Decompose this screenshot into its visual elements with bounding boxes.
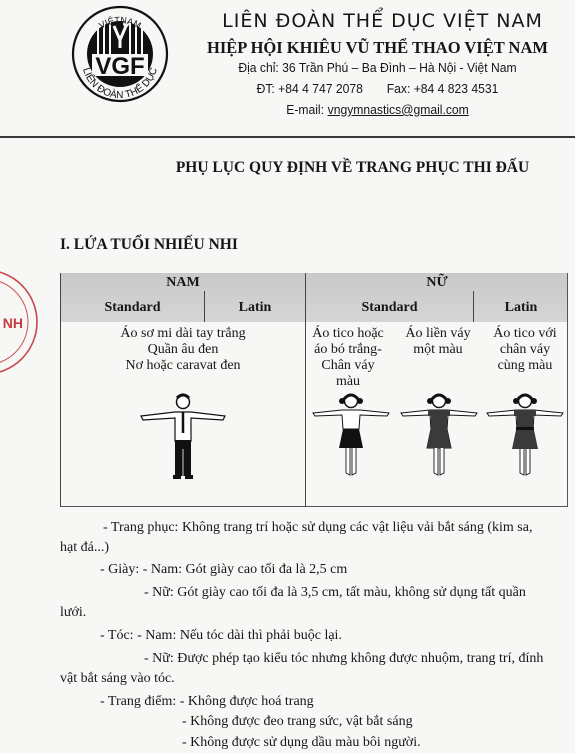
boy-shirt-tie-figure-icon [139,393,227,483]
svg-text:NH: NH [3,315,23,331]
phone: ĐT: +84 4 747 2078 [257,81,363,96]
email-link[interactable]: vngymnastics@gmail.com [328,102,469,117]
email-line: E-mail:vngymnastics@gmail.com [196,102,559,117]
header-nu: NỮ [306,275,568,291]
rule-line: - Trang phục: Không trang trí hoặc sử dụ… [103,520,532,536]
section-title: I. LỨA TUỔI NHIẾU NHI [60,236,238,254]
org-name: LIÊN ĐOÀN THỂ DỤC VIỆT NAM [190,10,575,32]
rule-line: - Không được sử dụng dầu màu bôi người. [182,735,421,751]
costume-table: NAM Standard Latin NỮ Standard Latin Áo … [60,273,568,507]
girl-top-with-matching-skirt-figure-icon [485,391,565,479]
red-seal-stamp-icon: NH [0,262,40,382]
rule-line: lưới. [60,605,86,621]
svg-text:VGF: VGF [95,53,144,80]
vgf-logo-icon: VGF VIỆTNAM LIÊN ĐOÀN THỂ DỤC [70,4,170,104]
nu-dress-description: Áo liền váy một màu [393,326,483,358]
address: Địa chỉ: 36 Trần Phú – Ba Đình – Hà Nội … [196,60,559,75]
header-divider [0,136,575,138]
nam-description: Áo sơ mi dài tay trắng Quần âu đen Nơ ho… [61,326,305,374]
document-title: PHỤ LỤC QUY ĐỊNH VỀ TRANG PHỤC THI ĐẤU [130,159,575,177]
rule-line: - Không được đeo trang sức, vật bắt sáng [182,714,413,730]
rule-line: - Giày: - Nam: Gót giày cao tối đa là 2,… [100,562,347,578]
header-nu-latin: Latin [474,300,568,316]
rule-line: - Nữ: Được phép tạo kiểu tóc nhưng không… [144,651,543,667]
nu-standard-description: Áo tico hoặc áo bó trắng- Chân váy màu [308,326,388,390]
association-name: HIỆP HỘI KHIÊU VŨ THỂ THAO VIỆT NAM [180,38,575,58]
fax: Fax: +84 4 823 4531 [387,81,499,96]
girl-one-piece-dress-figure-icon [399,391,479,479]
nu-latin-description: Áo tico với chân váy cùng màu [481,326,569,374]
email-label: E-mail: [286,102,324,117]
header-nam: NAM [61,275,305,291]
header-nam-latin: Latin [205,300,305,316]
rule-line: vật bắt sáng vào tóc. [60,671,175,687]
rule-line: hạt đá...) [60,540,109,556]
girl-white-top-black-skirt-figure-icon [311,391,391,479]
rule-line: - Nữ: Gót giày cao tối đa là 3,5 cm, tất… [144,585,526,601]
header-nu-standard: Standard [306,300,473,316]
contact-numbers: ĐT: +84 4 747 2078Fax: +84 4 823 4531 [196,81,559,96]
rule-line: - Tóc: - Nam: Nếu tóc dài thì phải buộc … [100,628,342,644]
header-nam-standard: Standard [61,300,204,316]
rule-line: - Trang điểm: - Không được hoá trang [100,694,314,710]
